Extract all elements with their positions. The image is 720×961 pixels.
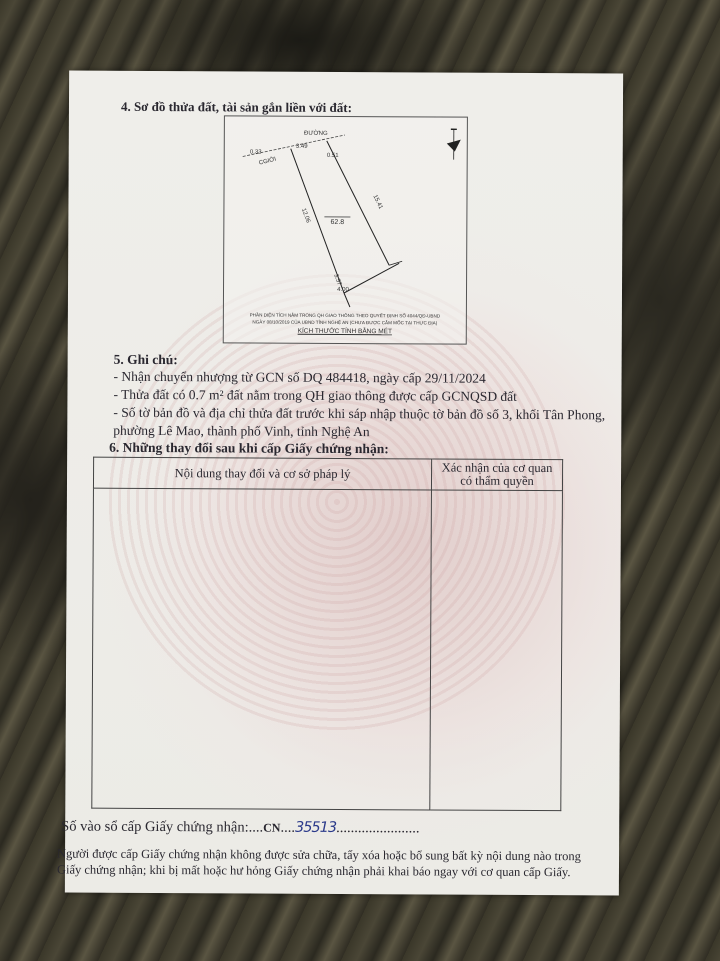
changes-table: Nội dung thay đổi và cơ sở pháp lý Xác n… <box>91 457 563 811</box>
registry-line: Số vào sổ cấp Giấy chứng nhận:....CN....… <box>61 819 419 838</box>
registry-prefix: CN <box>263 821 280 835</box>
registry-dots: .... <box>249 820 264 836</box>
parcel-diagram: ĐƯỜNG 0.33 3.49 0.51 CGIỚI 12.06 15.41 6… <box>223 115 468 344</box>
note-line-1: - Nhận chuyển nhượng từ GCN số DQ 484418… <box>114 369 486 387</box>
registry-number-handwritten: 35513 <box>295 820 336 836</box>
road-label: ĐƯỜNG <box>195 130 437 137</box>
change-confirmation-cell <box>430 490 563 811</box>
section-5-heading: 5. Ghi chú: <box>114 352 178 368</box>
column-header-content: Nội dung thay đổi và cơ sở pháp lý <box>93 457 431 490</box>
note-line-4: phường Lê Mao, thành phố Vinh, tỉnh Nghệ… <box>113 423 369 440</box>
registry-label: Số vào sổ cấp Giấy chứng nhận: <box>61 819 249 836</box>
confirmation-header-line-2: có thẩm quyền <box>460 474 534 488</box>
column-header-confirmation: Xác nhận của cơ quan có thẩm quyền <box>431 459 562 491</box>
change-content-cell <box>92 488 432 810</box>
land-certificate-page: 4. Sơ đồ thửa đất, tài sản gắn liền với … <box>65 71 623 896</box>
footer-note-line-1: Người được cấp Giấy chứng nhận không đượ… <box>57 847 581 865</box>
area-label: 62.8 <box>216 218 458 226</box>
section-6-heading: 6. Những thay đổi sau khi cấp Giấy chứng… <box>109 440 389 457</box>
registry-dots: .... <box>280 820 295 836</box>
diagram-units-note: KÍCH THƯỚC TÍNH BẰNG MÉT <box>224 327 466 335</box>
offset-right-label: 0.51 <box>212 152 454 159</box>
footer-note-line-2: Giấy chứng nhận; khi bị mất hoặc hư hỏng… <box>57 863 571 881</box>
section-4-heading: 4. Sơ đồ thửa đất, tài sản gắn liền với … <box>121 99 352 116</box>
note-line-3: - Số tờ bản đồ và địa chỉ thửa đất trước… <box>113 405 605 424</box>
registry-dots: ....................... <box>336 820 419 836</box>
note-line-2: - Thửa đất có 0.7 m² đất nằm trong QH gi… <box>113 387 517 405</box>
